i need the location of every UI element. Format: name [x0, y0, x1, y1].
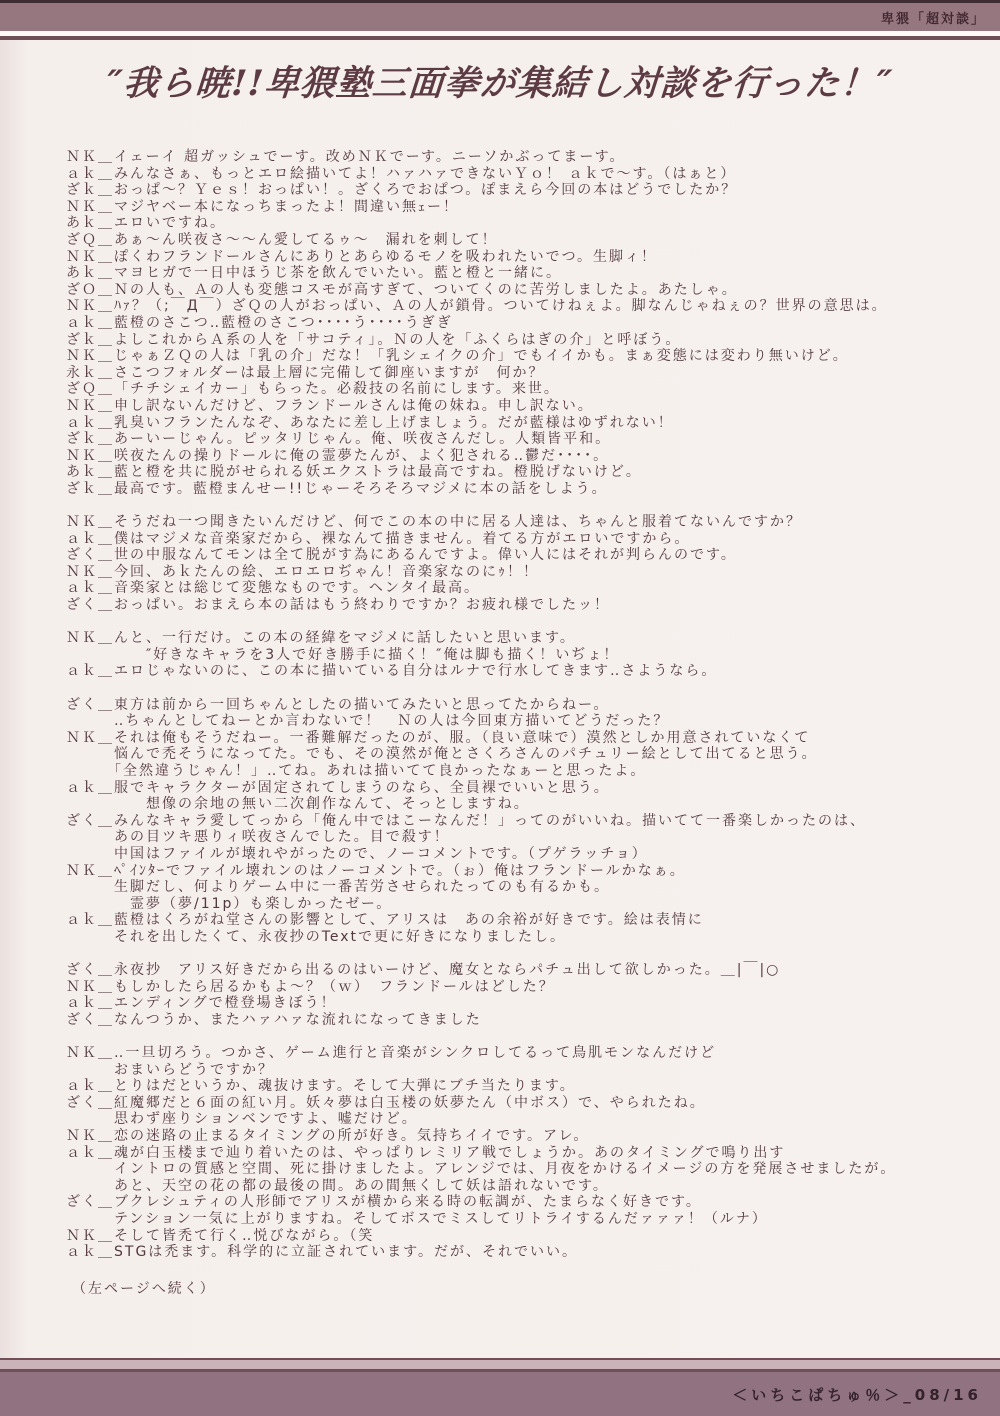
dialogue-line: ａｋ＿エロじゃないのに、この本に描いている自分はルナで行水してきます‥さようなら… — [66, 663, 972, 680]
dialogue-line: ａｋ＿僕はマジメな音楽家だから、裸なんて描きません。着てる方がエロいですから。 — [66, 531, 972, 548]
dialogue-line: ＮＫ＿咲夜たんの操りドールに俺の霊夢たんが、よく犯される‥鬱だ････。 — [66, 448, 972, 465]
dialogue-line: ａｋ＿とりはだというか、魂抜けます。そして大弾にブチ当たります。 — [66, 1078, 972, 1095]
dialogue-line: ＮＫ＿マジヤベー本になっちまったよ！間違い無ｪー！ — [66, 199, 972, 216]
dialogue-line: ａｋ＿服でキャラクターが固定されてしまうのなら、全員裸でいいと思う。 — [66, 780, 972, 797]
dialogue-line: ＮＫ＿ﾍﾟｲﾝﾀｰでファイル壊れンのはノーコメントで。（ぉ）俺はフランドールかな… — [66, 863, 972, 880]
dialogue-line: ＮＫ＿それは俺もそうだねー。一番難解だったのが、服。（良い意味で）漠然としか用意… — [66, 730, 972, 747]
dialogue-line: ざく＿世の中服なんてモンは全て脱がす為にあるんですよ。偉い人にはそれが判らんので… — [66, 547, 972, 564]
bottom-light-strip — [0, 1360, 1000, 1369]
dialogue-line: ＮＫ＿イェーイ 超ガッシュでーす。改めＮＫでーす。ニーソかぶってまーす。 — [66, 149, 972, 166]
dialogue-line: 生脚だし、何よりゲーム中に一番苦労させられたってのも有るかも。 — [66, 879, 972, 896]
dialogue-line: あｋ＿藍と橙を共に脱がせられる妖エクストラは最高ですね。橙脱げないけど。 — [66, 464, 972, 481]
dialogue-line: あと、天空の花の都の最後の間。あの間無くして妖は語れないです。 — [66, 1178, 972, 1195]
dialogue-line: ざｋ＿あーいーじゃん。ピッタリじゃん。俺、咲夜さんだし。人類皆平和。 — [66, 431, 972, 448]
dialogue-line: ＮＫ＿恋の迷路の止まるタイミングの所が好き。気持ちイイです。アレ。 — [66, 1128, 972, 1145]
dialogue-line: ＮＫ＿んと、一行だけ。この本の経緯をマジメに話したいと思います。 — [66, 630, 972, 647]
dialogue-line: ａｋ＿音楽家とは総じて変態なものです。ヘンタイ最高。 — [66, 580, 972, 597]
dialogue-line: ａｋ＿エンディングで橙登場きぼう！ — [66, 995, 972, 1012]
dialogue-line: 「全然違うじゃん！」‥てね。あれは描いてて良かったなぁーと思ったよ。 — [66, 763, 972, 780]
dialogue-line: ざく＿なんつうか、またハァハァな流れになってきました — [66, 1012, 972, 1029]
dialogue-line: ざく＿みんなキャラ愛してっから「俺ん中ではこーなんだ！」ってのがいいね。描いてて… — [66, 813, 972, 830]
dialogue-line: ＮＫ＿ﾊｧ？（;￣Д￣）ざＱの人がおっぱい、Ａの人が鎖骨。ついてけねぇよ。脚なん… — [66, 298, 972, 315]
dialogue-line: テンション一気に上がりますね。そしてボスでミスしてリトライするんだァァァ！（ルナ… — [66, 1211, 972, 1228]
dialogue-transcript: ＮＫ＿イェーイ 超ガッシュでーす。改めＮＫでーす。ニーソかぶってまーす。ａｋ＿み… — [66, 149, 972, 1277]
dialogue-line: ＮＫ＿今回、あｋたんの絵、エロエロぢゃん！音楽家なのにｩ！！ — [66, 564, 972, 581]
dialogue-line: ＮＫ＿申し訳ないんだけど、フランドールさんは俺の妹ね。申し訳ない。 — [66, 398, 972, 415]
dialogue-line: おまいらどうですか？ — [66, 1062, 972, 1079]
dialogue-line: あの目ツキ悪りィ咲夜さんでした。目で殺す！ — [66, 829, 972, 846]
dialogue-line: ざｋ＿おっぱ～？Ｙｅｓ！おっぱい！。ざくろでおぱつ。ぽまえら今回の本はどうでした… — [66, 182, 972, 199]
dialogue-line: ざｋ＿よしこれからＡ系の人を「サコティ」。Ｎの人を「ふくらはぎの介」と呼ぼう。 — [66, 332, 972, 349]
dialogue-line: 霊夢（夢/11p）も楽しかったゼー。 — [66, 896, 972, 913]
footer-band: ＜いちこぱちゅ％＞_08/16 — [0, 1372, 1000, 1416]
dialogue-line: ＮＫ＿ぽくわフランドールさんにありとあらゆるモノを吸われたいでつ。生脚ィ！ — [66, 249, 972, 266]
dialogue-line: ‥ちゃんとしてねーとか言わないで！ Ｎの人は今回東方描いてどうだった？ — [66, 713, 972, 730]
dialogue-line: ＮＫ＿じゃぁＺＱの人は「乳の介」だな！「乳シェイクの介」でもイイかも。まぁ変態に… — [66, 348, 972, 365]
dialogue-line: ａｋ＿藍橙はくろがね堂さんの影響として、アリスは あの余裕が好きです。絵は表情に — [66, 912, 972, 929]
dialogue-line: ａｋ＿乳臭いフランたんなぞ、あなたに差し上げましょう。だが藍様はゆずれない！ — [66, 415, 972, 432]
dialogue-block: ＮＫ＿イェーイ 超ガッシュでーす。改めＮＫでーす。ニーソかぶってまーす。ａｋ＿み… — [66, 149, 972, 497]
dialogue-line: ａｋ＿藍橙のさこつ‥藍橙のさこつ････う････うぎぎ — [66, 315, 972, 332]
dialogue-block: ＮＫ＿んと、一行だけ。この本の経緯をマジメに話したいと思います。 ″好きなキャラ… — [66, 630, 972, 680]
dialogue-line: ざく＿紅魔郷だと６面の紅い月。妖々夢は白玉楼の妖夢たん（中ボス）で、やられたね。 — [66, 1095, 972, 1112]
dialogue-line: ＮＫ＿そうだね一つ聞きたいんだけど、何でこの本の中に居る人達は、ちゃんと服着てな… — [66, 514, 972, 531]
dialogue-line: ざく＿ブクレシュティの人形師でアリスが横から来る時の転調が、たまらなく好きです。 — [66, 1194, 972, 1211]
top-thin-line — [0, 36, 1000, 40]
dialogue-line: ａｋ＿STGは禿ます。科学的に立証されています。だが、それでいい。 — [66, 1244, 972, 1261]
dialogue-line: 永ｋ＿さこつフォルダーは最上層に完備して御座いますが 何か？ — [66, 365, 972, 382]
dialogue-line: ＮＫ＿そして皆禿て行く‥悦びながら。（笑 — [66, 1228, 972, 1245]
dialogue-line: ざＱ＿「チチシェイカー」もらった。必殺技の名前にします。来世。 — [66, 381, 972, 398]
dialogue-block: ざく＿東方は前から一回ちゃんとしたの描いてみたいと思ってたからねー。 ‥ちゃんと… — [66, 697, 972, 946]
dialogue-block: ＮＫ＿そうだね一つ聞きたいんだけど、何でこの本の中に居る人達は、ちゃんと服着てな… — [66, 514, 972, 614]
dialogue-line: ＮＫ＿‥一旦切ろう。つかさ、ゲーム進行と音楽がシンクロしてるって鳥肌モンなんだけ… — [66, 1045, 972, 1062]
dialogue-line: ざく＿おっぱい。おまえら本の話はもう終わりですか？お疲れ様でしたッ！ — [66, 597, 972, 614]
dialogue-line: ざＱ＿あぁ～ん咲夜さ～～ん愛してるゥ～ 漏れを刺して！ — [66, 232, 972, 249]
footer-label: ＜いちこぱちゅ％＞_08/16 — [732, 1384, 982, 1405]
dialogue-block: ＮＫ＿‥一旦切ろう。つかさ、ゲーム進行と音楽がシンクロしてるって鳥肌モンなんだけ… — [66, 1045, 972, 1261]
dialogue-line: それを出したくて、永夜抄のTextで更に好きになりましたし。 — [66, 929, 972, 946]
dialogue-line: あｋ＿エロいですね。 — [66, 215, 972, 232]
dialogue-line: ａｋ＿みんなさぁ、もっとエロ絵描いてよ！ハァハァできないＹｏ！ ａｋで～す。（は… — [66, 166, 972, 183]
continuation-note: （左ページへ続く） — [72, 1278, 216, 1298]
dialogue-line: ざＯ＿Ｎの人も、Ａの人も変態コスモが高すぎて、ついてくのに苦労しましたよ。あたし… — [66, 282, 972, 299]
scanned-dialogue-page: 卑猥「超対談」 ″我ら暁!!卑猥塾三面拳が集結し対談を行った！″ ＮＫ＿イェーイ… — [0, 0, 1000, 1416]
dialogue-line: ａｋ＿魂が白玉楼まで辿り着いたのは、やっぱりレミリア戦でしょうか。あのタイミング… — [66, 1145, 972, 1162]
dialogue-line: 想像の余地の無い二次創作なんて、そっとしますね。 — [66, 796, 972, 813]
dialogue-line: ＮＫ＿もしかしたら居るかもよ～？（ｗ） フランドールはどした？ — [66, 979, 972, 996]
dialogue-block: ざく＿永夜抄 アリス好きだから出るのはいーけど、魔女とならパチュ出して欲しかった… — [66, 962, 972, 1028]
dialogue-line: ″好きなキャラを3人で好き勝手に描く！″俺は脚も描く！いぢょ！ — [66, 647, 972, 664]
dialogue-line: 中国はファイルが壊れやがったので、ノーコメントです。（プゲラッチョ） — [66, 846, 972, 863]
header-label: 卑猥「超対談」 — [881, 8, 986, 27]
dialogue-line: 悩んで禿そうになってた。でも、その漠然が俺とさくろさんのパチュリー絵として出てる… — [66, 746, 972, 763]
dialogue-line: イントロの質感と空間、死に掛けましたよ。アレンジでは、月夜をかけるイメージの方を… — [66, 1161, 972, 1178]
dialogue-line: あｋ＿マヨヒガで一日中ほうじ茶を飲んでいたい。藍と橙と一緒に。 — [66, 265, 972, 282]
dialogue-line: ざく＿東方は前から一回ちゃんとしたの描いてみたいと思ってたからねー。 — [66, 697, 972, 714]
page-title: ″我ら暁!!卑猥塾三面拳が集結し対談を行った！″ — [0, 56, 1000, 106]
dialogue-line: ざｋ＿最高です。藍橙まんせー!!じゃーそろそろマジメに本の話をしよう。 — [66, 481, 972, 498]
dialogue-line: ざく＿永夜抄 アリス好きだから出るのはいーけど、魔女とならパチュ出して欲しかった… — [66, 962, 972, 979]
top-header-band: 卑猥「超対談」 — [0, 3, 1000, 31]
dialogue-line: 思わず座りションベンですよ、嘘だけど。 — [66, 1111, 972, 1128]
